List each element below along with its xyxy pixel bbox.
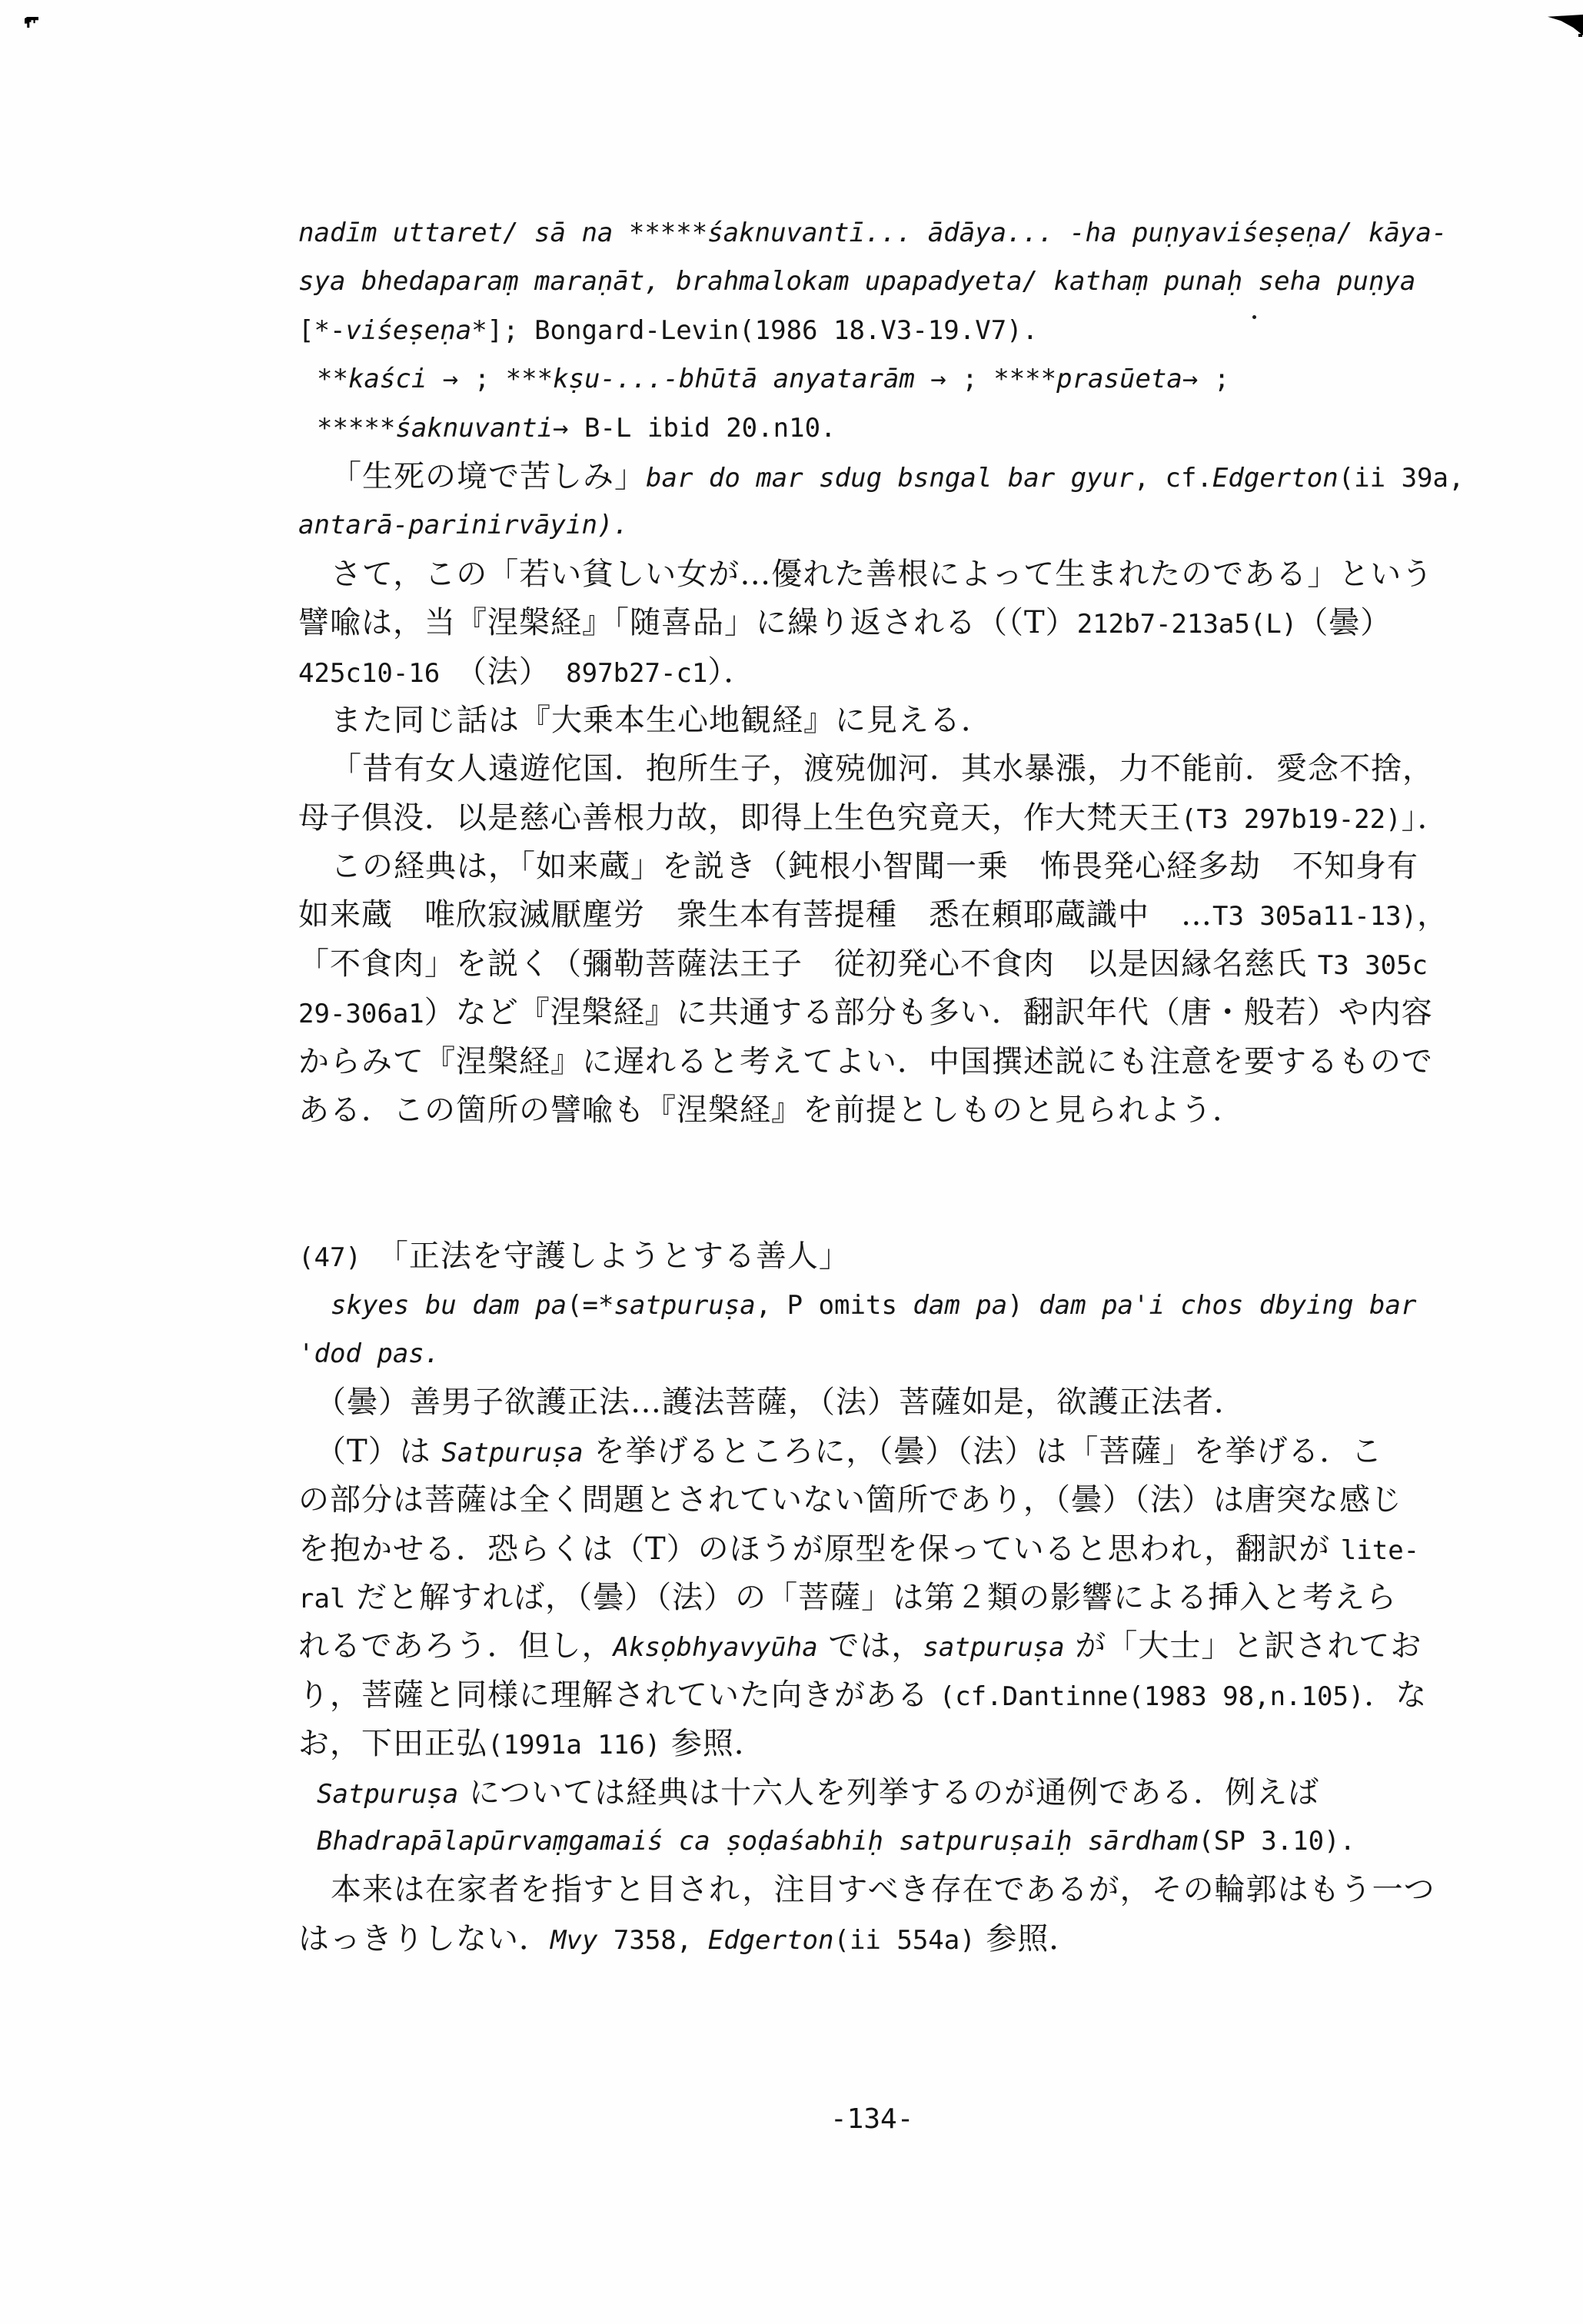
text-run: ある．この箇所の譬喩も『涅槃経』を前提としものと見られよう．: [298, 1092, 1244, 1128]
text-run: 29-306a1: [298, 999, 424, 1029]
text-line: nadīm uttaret/ sā na *****śaknuvantī... …: [298, 209, 1482, 258]
text-run: skyes bu dam pa: [331, 1290, 567, 1321]
text-run: , cf.: [1134, 463, 1212, 494]
text-line: (47) 「正法を守護しようとする善人」: [298, 1232, 1482, 1281]
text-run: り，菩薩と同様に理解されていた向きがある: [298, 1677, 939, 1713]
text-line: Satpuruṣa については経典は十六人を列挙するのが通例である．例えば: [298, 1769, 1482, 1817]
text-line: 譬喩は，当『涅槃経』「随喜品」に繰り返される（（T）212b7-213a5(L)…: [298, 599, 1482, 647]
text-line: 425c10-16 （法） 897b27-c1）．: [298, 648, 1482, 697]
text-run: ***kṣu-...-bhūtā anyatarām: [506, 364, 931, 394]
text-run: (47): [298, 1242, 361, 1273]
text-run: bar do mar sdug bsngal bar gyur: [646, 463, 1134, 494]
text-run: 'dod pas.: [298, 1338, 440, 1369]
text-run: の部分は菩薩は全く問題とされていない箇所であり，（曇）（法）は唐突な感じ: [298, 1482, 1402, 1518]
text-run: (cf.Dantinne(1983 98,n.105): [939, 1681, 1365, 1712]
text-run: を抱かせる．恐らくは（T）のほうが原型を保っていると思われ，翻訳が: [298, 1531, 1341, 1567]
text-run: 「正法を守護しようとする善人」: [361, 1238, 850, 1274]
text-run: （曇）善男子欲護正法…護法菩薩，（法）菩薩如是，欲護正法者．: [315, 1385, 1245, 1420]
text-line: ある．この箇所の譬喩も『涅槃経』を前提としものと見られよう．: [298, 1086, 1482, 1135]
text-line: 'dod pas.: [298, 1330, 1482, 1378]
scan-mark-artifact: [25, 17, 38, 28]
text-run: (ii 39a,: [1339, 463, 1465, 494]
text-line: *****śaknuvanti→ B-L ibid 20.n10.: [298, 404, 1482, 453]
document-body: nadīm uttaret/ sā na *****śaknuvantī... …: [298, 209, 1482, 1963]
text-run: sya bhedaparaṃ maraṇāt, brahmalokam upap…: [298, 266, 1415, 297]
text-line: れるであろう．但し，Aksọbhyavyūha では，satpuruṣa が「大…: [298, 1622, 1482, 1671]
text-run: → ;: [443, 364, 506, 394]
text-run: また同じ話は『大乗本生心地観経』に見える．: [331, 703, 993, 738]
text-run: ): [1007, 1290, 1039, 1321]
text-run: お，下田正弘: [298, 1726, 487, 1761]
text-run: 参照．: [660, 1726, 766, 1761]
text-run: 参照．: [976, 1921, 1081, 1957]
text-run: satpuruṣa: [923, 1632, 1064, 1663]
text-run: Edgerton: [1212, 463, 1339, 494]
text-line: Bhadrapālapūrvaṃgamaiś ca ṣoḍaśabhiḥ sat…: [298, 1817, 1482, 1866]
text-run: satpuruṣa: [614, 1290, 755, 1321]
text-run: → ;: [1182, 364, 1229, 394]
text-line: 母子倶没．以是慈心善根力故，即得上生色究竟天，作大梵天王(T3 297b19-2…: [298, 794, 1482, 843]
text-run: Satpuruṣa: [317, 1779, 458, 1810]
text-run: 」．: [1402, 800, 1449, 836]
text-run: ．な: [1364, 1677, 1427, 1713]
text-line: antarā-parinirvāyin).: [298, 501, 1482, 550]
text-line: を抱かせる．恐らくは（T）のほうが原型を保っていると思われ，翻訳が lite-: [298, 1525, 1482, 1574]
text-run: (SP 3.10).: [1198, 1826, 1355, 1857]
text-line: 「生死の境で苦しみ」bar do mar sdug bsngal bar gyu…: [298, 453, 1482, 501]
text-run: *****śaknuvanti: [317, 413, 553, 444]
text-line: [*-viśeṣeṇa*]; Bongard-Levin(1986 18.V3-…: [298, 307, 1482, 355]
text-run: , P omits: [756, 1290, 913, 1321]
text-line: 「昔有女人遠遊佗国．抱所生子，渡殑伽河．其水暴漲，力不能前．愛念不捨，: [298, 745, 1482, 793]
text-run: Bhadrapālapūrvaṃgamaiś ca ṣoḍaśabhiḥ sat…: [317, 1826, 1198, 1857]
text-run: 母子倶没．以是慈心善根力故，即得上生色究竟天，作大梵天王: [298, 800, 1181, 836]
text-run: （T）は: [315, 1434, 441, 1469]
text-run: 212b7-213a5(L): [1077, 609, 1298, 640]
text-run: viśeṣeṇa: [345, 315, 471, 346]
text-run: dam pa'i chos dbying bar: [1039, 1290, 1416, 1321]
text-run: Satpuruṣa: [441, 1438, 583, 1468]
text-run: が「大士」と訳されてお: [1065, 1628, 1422, 1664]
text-line: （曇）善男子欲護正法…護法菩薩，（法）菩薩如是，欲護正法者．: [298, 1378, 1482, 1427]
text-line: 「不食肉」を説く（彌勒菩薩法王子 従初発心不食肉 以是因縁名慈氏 T3 305c: [298, 940, 1482, 989]
text-run: (1991a 116): [487, 1730, 660, 1760]
corner-fold-artifact: [1548, 15, 1583, 35]
scanned-document-page: nadīm uttaret/ sā na *****śaknuvantī... …: [0, 0, 1583, 2324]
text-run: については経典は十六人を列挙するのが通例である．例えば: [458, 1775, 1319, 1810]
text-run: ）など『涅槃経』に共通する部分も多い．翻訳年代（唐・般若）や内容: [424, 995, 1433, 1030]
text-line: さて，この「若い貧しい女が…優れた善根によって生まれたのである」という: [298, 550, 1482, 599]
text-line: [298, 1184, 1482, 1232]
text-run: 譬喩は，当『涅槃経』「随喜品」に繰り返される（（T）: [298, 605, 1077, 640]
text-run: 「不食肉」を説く（彌勒菩薩法王子 従初発心不食肉 以是因縁名慈氏: [298, 946, 1318, 982]
text-run: 如来蔵 唯欣寂滅厭塵労 衆生本有菩提種 悉在頼耶蔵識中 …: [298, 897, 1212, 933]
text-run: [*-: [298, 315, 345, 346]
text-line: skyes bu dam pa(=*satpuruṣa, P omits dam…: [298, 1282, 1482, 1330]
text-run: **kaści: [317, 364, 443, 394]
text-run: 425c10-16: [298, 658, 456, 689]
text-line: [298, 1135, 1482, 1183]
text-line: また同じ話は『大乗本生心地観経』に見える．: [298, 697, 1482, 745]
text-run: この経典は，「如来蔵」を説き（鈍根小智聞一乗 怖畏発心経多劫 不知身有: [331, 849, 1418, 884]
text-run: Aksọbhyavyūha: [614, 1632, 818, 1663]
text-line: この経典は，「如来蔵」を説き（鈍根小智聞一乗 怖畏発心経多劫 不知身有: [298, 843, 1482, 891]
text-run: からみて『涅槃経』に遅れると考えてよい．中国撰述説にも注意を要するもので: [298, 1044, 1433, 1079]
text-run: を挙げるところに，（曇）（法）は「菩薩」を挙げる．こ: [584, 1434, 1383, 1469]
text-line: お，下田正弘(1991a 116) 参照．: [298, 1720, 1482, 1768]
text-run: lite-: [1341, 1535, 1419, 1566]
text-run: （法）: [456, 654, 550, 690]
text-run: ral: [298, 1584, 345, 1614]
text-run: dam pa: [913, 1290, 1007, 1321]
text-line: の部分は菩薩は全く問題とされていない箇所であり，（曇）（法）は唐突な感じ: [298, 1476, 1482, 1524]
text-run: Edgerton: [708, 1925, 834, 1956]
text-run: T3 305a11-13): [1212, 901, 1417, 932]
text-line: 本来は在家者を指すと目され，注目すべき存在であるが，その輪郭はもう一つ: [298, 1866, 1482, 1914]
text-run: Mvy: [550, 1925, 597, 1956]
speck-artifact: [1578, 34, 1582, 37]
text-run: T3 305c: [1318, 950, 1428, 981]
text-run: (T3 297b19-22): [1181, 804, 1402, 835]
text-run: はっきりしない．: [298, 1921, 550, 1957]
text-run: *]; Bongard-Levin(1986 18.V3-19.V7).: [471, 315, 1038, 346]
text-line: 29-306a1）など『涅槃経』に共通する部分も多い．翻訳年代（唐・般若）や内容: [298, 989, 1482, 1037]
text-run: → ;: [930, 364, 993, 394]
text-run: 「昔有女人遠遊佗国．抱所生子，渡殑伽河．其水暴漲，力不能前．愛念不捨，: [331, 751, 1434, 786]
text-line: sya bhedaparaṃ maraṇāt, brahmalokam upap…: [298, 258, 1482, 306]
page-number: -134-: [830, 2103, 913, 2135]
text-line: り，菩薩と同様に理解されていた向きがある (cf.Dantinne(1983 9…: [298, 1671, 1482, 1720]
text-line: からみて『涅槃経』に遅れると考えてよい．中国撰述説にも注意を要するもので: [298, 1038, 1482, 1086]
text-run: 「生死の境で苦しみ」: [331, 459, 646, 494]
text-run: nadīm uttaret/ sā na *****śaknuvantī... …: [298, 218, 1447, 248]
text-run: では，: [818, 1628, 923, 1664]
text-run: れるであろう．但し，: [298, 1628, 614, 1664]
text-run: （曇）: [1297, 605, 1392, 640]
text-run: 本来は在家者を指すと目され，注目すべき存在であるが，その輪郭はもう一つ: [331, 1872, 1435, 1907]
text-run: (ii 554a): [833, 1925, 975, 1956]
text-line: ral だと解すれば，（曇）（法）の「菩薩」は第２類の影響による挿入と考えら: [298, 1574, 1482, 1622]
text-line: （T）は Satpuruṣa を挙げるところに，（曇）（法）は「菩薩」を挙げる．…: [298, 1428, 1482, 1476]
text-run: antarā-parinirvāyin).: [298, 510, 629, 540]
text-run: ****prasūeta: [993, 364, 1182, 394]
text-line: **kaści → ; ***kṣu-...-bhūtā anyatarām →…: [298, 355, 1482, 404]
text-run: 7358,: [597, 1925, 707, 1956]
text-run: 897b27-c1: [550, 658, 708, 689]
text-run: だと解すれば，（曇）（法）の「菩薩」は第２類の影響による挿入と考えら: [345, 1580, 1397, 1615]
text-line: 如来蔵 唯欣寂滅厭塵労 衆生本有菩提種 悉在頼耶蔵識中 …T3 305a11-1…: [298, 891, 1482, 939]
text-run: さて，この「若い貧しい女が…優れた善根によって生まれたのである」という: [331, 557, 1433, 592]
text-run: ）．: [707, 654, 755, 690]
text-run: (=*: [567, 1290, 614, 1321]
text-run: → B-L ibid 20.n10.: [553, 413, 836, 444]
text-run: ，: [1417, 897, 1448, 933]
text-line: はっきりしない．Mvy 7358, Edgerton(ii 554a) 参照．: [298, 1915, 1482, 1963]
